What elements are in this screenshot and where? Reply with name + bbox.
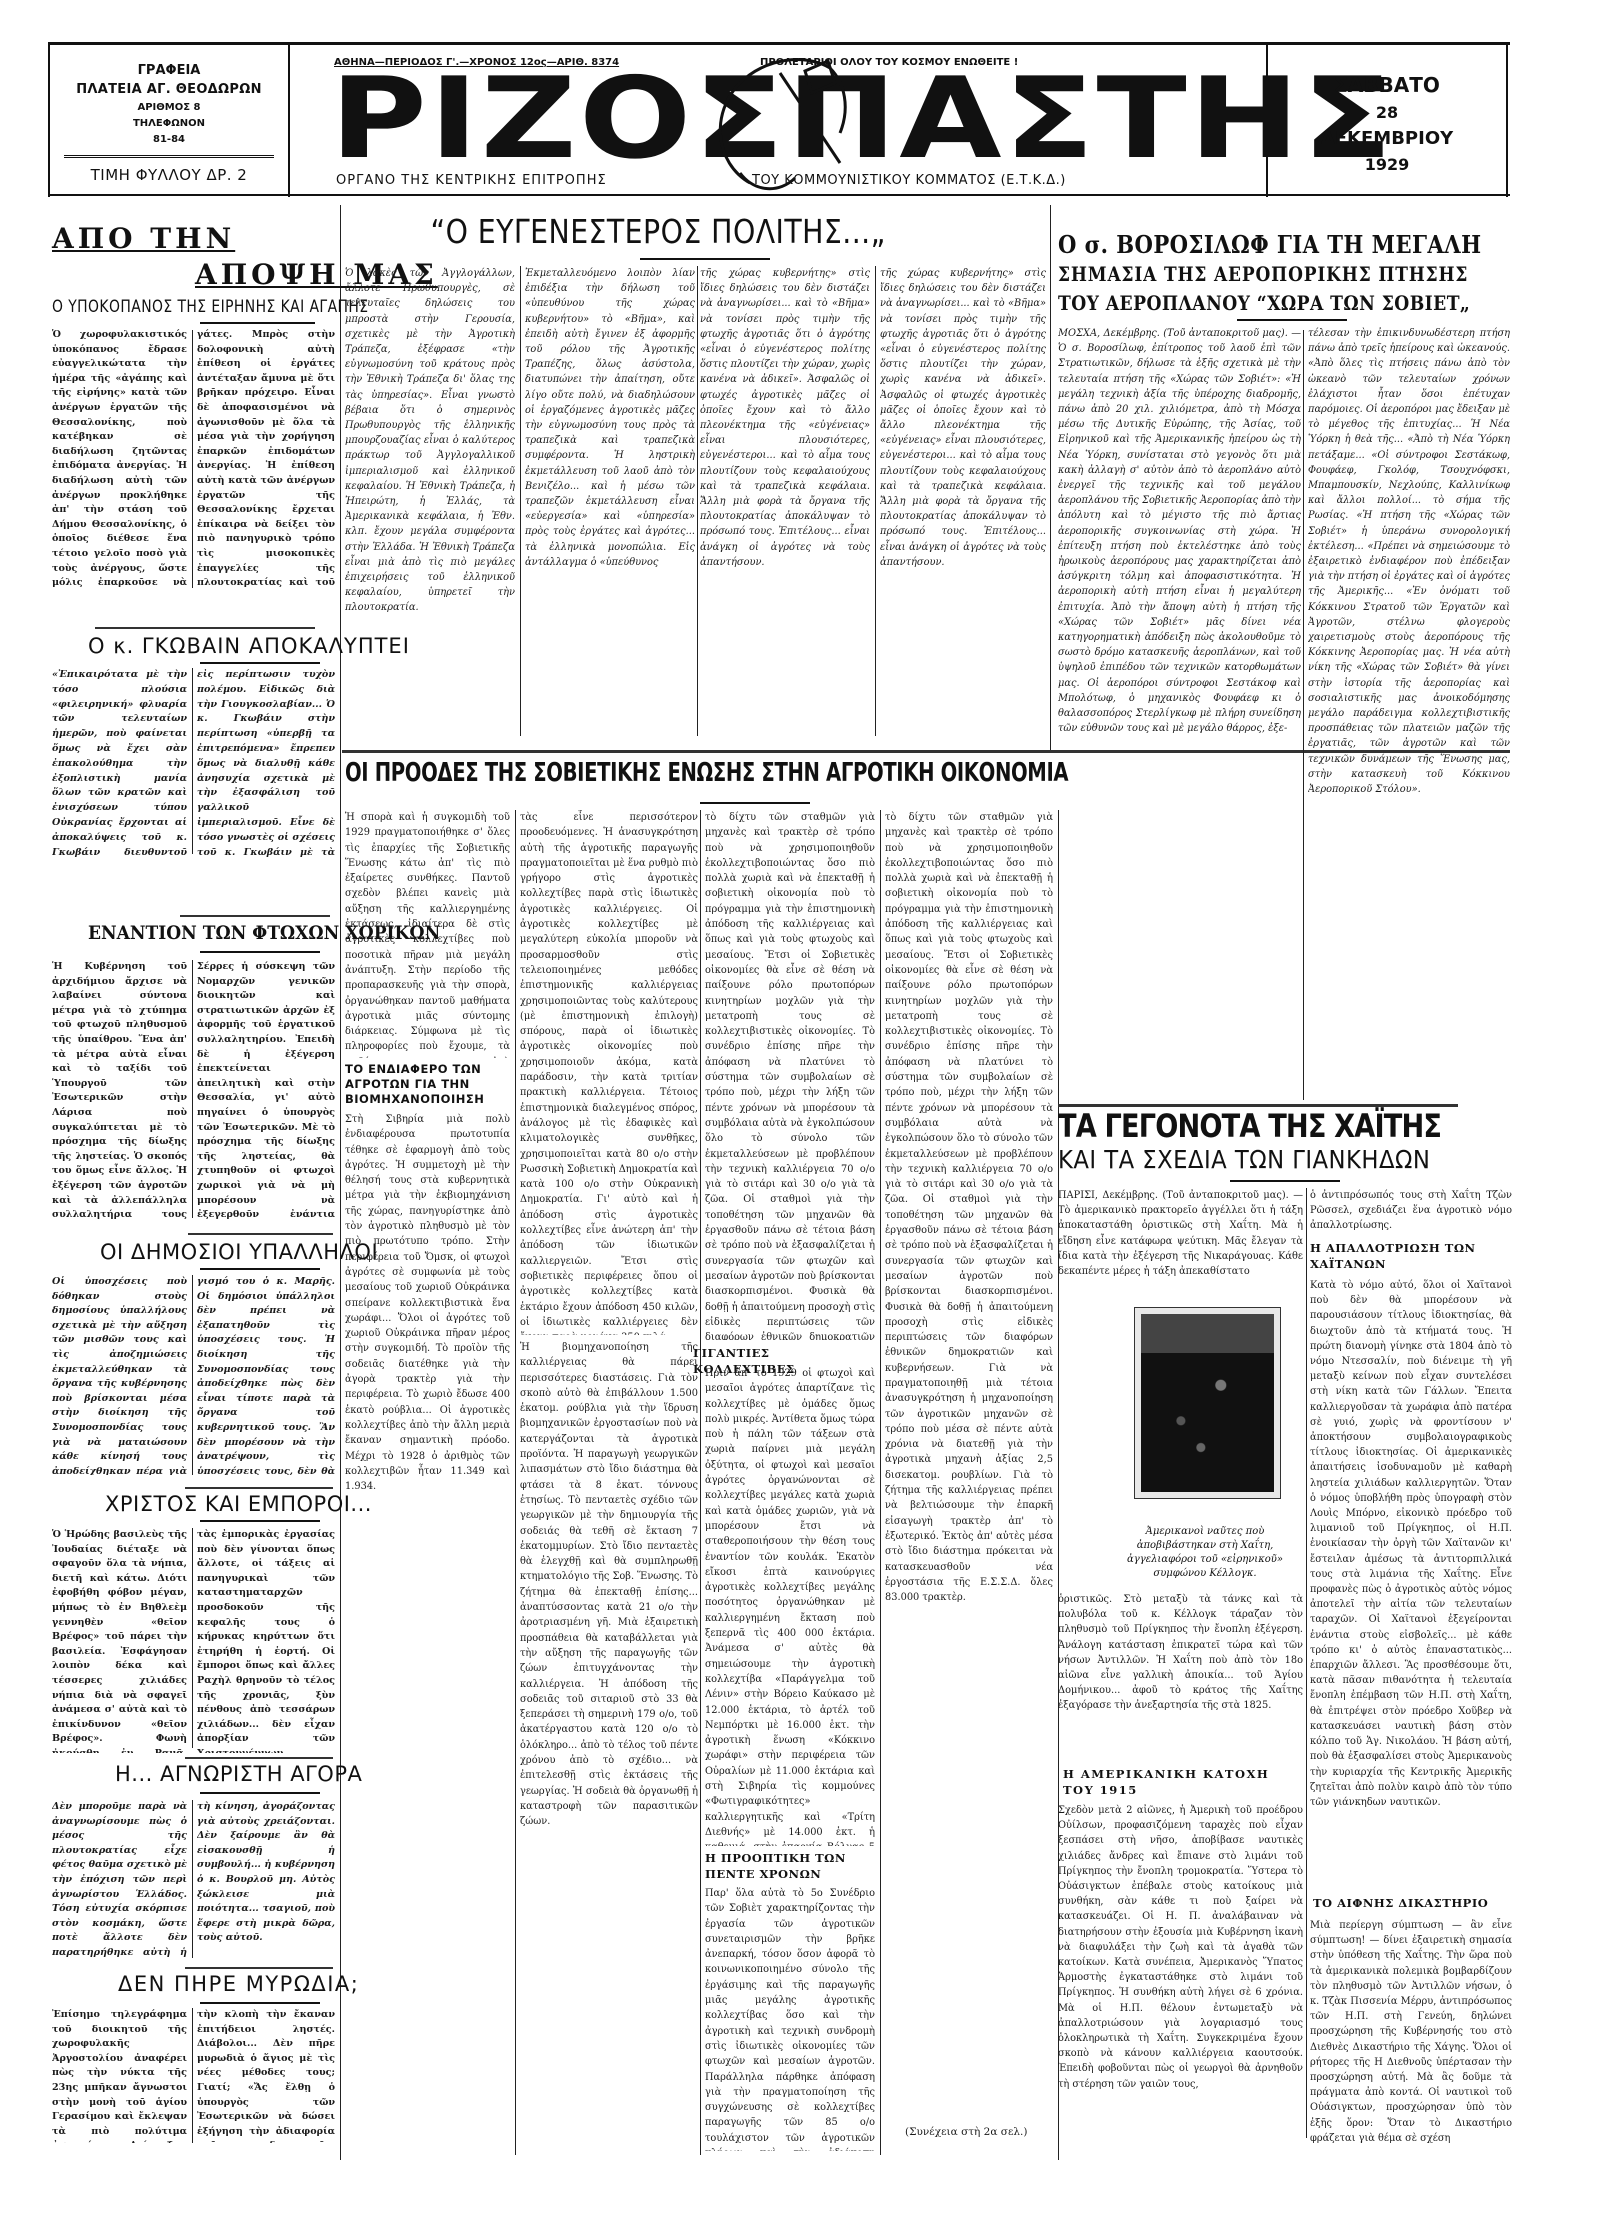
date-day: 28: [1268, 103, 1506, 122]
column-rule: [1050, 205, 1051, 750]
column-rule: [1306, 1188, 1307, 2138]
column-rule: [340, 205, 341, 2160]
photo-content: [1141, 1314, 1274, 1492]
column-rule: [875, 266, 876, 736]
headline-underline: [200, 1520, 320, 1522]
headline-underline: [200, 1792, 320, 1794]
subtitle-left: ΟΡΓΑΝΟ ΤΗΣ ΚΕΝΤΡΙΚΗΣ ΕΠΙΤΡΟΠΗΣ: [336, 173, 607, 188]
article-text: τὴ κίνηση, ἀγοράζοντας γιὰ αὐτοὺς χρειάζ…: [197, 1800, 335, 1960]
continued-note: (Συνέχεια στὴ 2α σελ.): [905, 2124, 1053, 2142]
headline: Η... ΑΓΝΩΡΙΣΤΗ ΑΓΟΡΑ: [115, 1762, 362, 1786]
column-rule: [1303, 330, 1304, 1100]
headline-underline: [1237, 319, 1347, 321]
subheading: Η ΠΡΟΟΠΤΙΚΗ ΤΩΝ ΠΕΝΤΕ ΧΡΟΝΩΝ: [705, 1850, 875, 1882]
article-text: Ὁ χωροφυλακιστικός ὑποκόπανος ἔδρασε εὐα…: [52, 328, 187, 590]
divider: [185, 1757, 333, 1759]
headline-underline: [640, 258, 770, 260]
article-text: Σέρρες ἡ σύσκεψη τῶν Νομαρχῶν γενικῶν δι…: [197, 960, 335, 1220]
article-text: Δὲν μποροῦμε παρὰ νὰ ἀναγνωρίσουμε πὼς ὁ…: [52, 1800, 187, 1960]
article-text: Ἡ βιομηχανοποίηση τῆς καλλιέργειας θὰ πά…: [520, 1340, 698, 2152]
column-rule: [520, 266, 521, 736]
column-rule: [192, 668, 193, 854]
subheading: Η ΑΠΑΛΛΟΤΡΙΩΣΗ ΤΩΝ ΧΑΪΤΑΝΩΝ: [1310, 1240, 1512, 1272]
article-text: Ὁ λακὲς τῶν Ἀγγλογάλλων, ἄλλοτε Πρωθυπου…: [345, 266, 515, 741]
article-text: Οἱ ὑποσχέσεις ποὺ δόθηκαν στοὺς δημοσίου…: [52, 1275, 187, 1475]
offices-box: ΓΡΑΦΕΙΑ ΠΛΑΤΕΙΑ ΑΓ. ΘΕΟΔΩΡΩΝ ΑΡΙΘΜΟΣ 8 Τ…: [48, 45, 290, 197]
article-text: ὁριστικῶς. Στὸ μεταξὺ τὰ τάνκς καὶ τὰ πο…: [1058, 1592, 1303, 1747]
article-text: Ἐκμεταλλευόμενο λοιπὸν λίαν ἐπιδέξια τὴν…: [525, 266, 695, 741]
column-rule: [192, 1275, 193, 1475]
offices-divider: [64, 155, 274, 158]
headline: ΤΑ ΓΕΓΟΝΟΤΑ ΤΗΣ ΧΑΪΤΗΣ: [1058, 1107, 1441, 1145]
article-text: τῆς χώρας κυβερνήτης» στὶς ἴδιες δηλώσει…: [880, 266, 1046, 741]
headline: ΟΙ ΠΡΟΟΔΕΣ ΤΗΣ ΣΟΒΙΕΤΙΚΗΣ ΕΝΩΣΗΣ ΣΤΗΝ ΑΓ…: [345, 758, 1068, 788]
headline-underline: [200, 1268, 320, 1270]
subheading: Η ΑΜΕΡΙΚΑΝΙΚΗ ΚΑΤΟΧΗ ΤΟΥ 1915: [1063, 1766, 1298, 1798]
article-text: Ἡ Κυβέρνηση τοῦ ἀρχιδήμιου ἄρχισε νὰ λαβ…: [52, 960, 187, 1220]
headline-underline: [1230, 1180, 1340, 1182]
subheading: ΤΟ ΑΙΦΝΗΣ ΔΙΚΑΣΤΗΡΙΟ: [1313, 1895, 1513, 1911]
article-text: τῆς χώρας κυβερνήτης» στὶς ἴδιες δηλώσει…: [700, 266, 870, 741]
masthead-bottom-rule: [48, 194, 1510, 196]
headline-underline: [700, 802, 810, 804]
headline-underline: [200, 322, 315, 324]
article-text: Σχεδὸν μετὰ 2 αἰῶνες, ἡ Ἀμερικὴ τοῦ προέ…: [1058, 1803, 1303, 2143]
column-rule: [880, 810, 881, 2155]
offices-address: ΠΛΑΤΕΙΑ ΑΓ. ΘΕΟΔΩΡΩΝ: [50, 82, 288, 97]
headline: ΔΕΝ ΠΗΡΕ ΜΥΡΩΔΙΑ;: [118, 1972, 359, 1996]
hammer-sickle-icon: [710, 53, 860, 193]
article-text: Πρὶν ἀπ' τὸ 1929 οἱ φτωχοὶ καὶ μεσαῖοι ἀ…: [705, 1366, 875, 1846]
article-text: Μιὰ περίεργη σύμπτωση — ἂν εἶνε σύμπτωση…: [1310, 1918, 1512, 2143]
offices-number: ΑΡΙΘΜΟΣ 8: [50, 102, 288, 113]
divider: [185, 1487, 333, 1489]
article-text: γισμό του ὁ κ. Μαρῆς. Οἱ δημόσιοι ὑπάλλη…: [197, 1275, 335, 1475]
headline-underline: [200, 951, 320, 953]
article-text: Κατὰ τὸ νόμο αὐτό, ὅλοι οἱ Χαϊτανοὶ ποὺ …: [1310, 1278, 1512, 1893]
article-text: Στὴ Σιβηρία μιὰ πολὺ ἐνδιαφέρουσα πρωτοτ…: [345, 1112, 510, 2152]
column-rule: [192, 2008, 193, 2143]
article-text: ΠΑΡΙΣΙ, Δεκέμβρης. (Τοῦ ἀνταποκριτοῦ μας…: [1058, 1188, 1303, 1296]
date-month: ΔΕΚΕΜΒΡΙΟΥ: [1268, 128, 1506, 149]
article-text: τὰς εἶνε περισσότερον προοδευόμενες. Ἡ ἀ…: [520, 810, 698, 1335]
divider: [180, 915, 330, 917]
column-rule: [192, 1800, 193, 1958]
column-rule: [515, 810, 516, 2155]
headline: ΧΡΙΣΤΟΣ ΚΑΙ ΕΜΠΟΡΟΙ...: [105, 1492, 372, 1516]
news-photo: [1135, 1308, 1280, 1498]
column-rule: [192, 1528, 193, 1748]
subheading: ΤΟ ΕΝΔΙΑΦΕΡΟ ΤΩΝ ΑΓΡΟΤΩΝ ΓΙΑ ΤΗΝ ΒΙΟΜΗΧΑ…: [345, 1062, 510, 1107]
article-text: Παρ' ὅλα αὐτὰ τὸ 5ο Συνέδριο τῶν Σοβιὲτ …: [705, 1886, 875, 2151]
article-text: τὰς ἐμπορικὰς ἐργασίας ποὺ δὲν γίνονται …: [197, 1528, 335, 1753]
masthead: ΓΡΑΦΕΙΑ ΠΛΑΤΕΙΑ ΑΓ. ΘΕΟΔΩΡΩΝ ΑΡΙΘΜΟΣ 8 Τ…: [48, 42, 1510, 196]
section-head-opinion: ΑΠΟ ΤΗΝ: [52, 222, 235, 255]
headline: ΟΙ ΔΗΜΟΣΙΟΙ ΥΠΑΛΛΗΛΟΙ: [100, 1240, 378, 1264]
column-rule: [192, 330, 193, 588]
headline-underline: [200, 2002, 320, 2004]
headline: ΚΑΙ ΤΑ ΣΧΕΔΙΑ ΤΩΝ ΓΙΑΝΚΗΔΩΝ: [1058, 1145, 1430, 1174]
headline: “Ο ΕΥΓΕΝΕΣΤΕΡΟΣ ΠΟΛΙΤΗΣ...„: [370, 212, 946, 251]
article-text: ΜΟΣΧΑ, Δεκέμβρης. (Τοῦ ἀνταποκριτοῦ μας)…: [1058, 326, 1301, 1101]
divider: [188, 1233, 333, 1235]
column-rule: [700, 810, 701, 2155]
column-rule: [192, 960, 193, 1218]
phone-label: ΤΗΛΕΦΩΝΟΝ: [50, 118, 288, 129]
article-text: εἰς περίπτωσιν τυχὸν πολέμου. Εἰδικῶς δι…: [197, 668, 335, 858]
date-weekday: ΣΑΒΒΑΤΟ: [1268, 73, 1506, 97]
masthead-center: ΑΘΗΝΑ—ΠΕΡΙΟΔΟΣ Γ'.—ΧΡΟΝΟΣ 12ος—ΑΡΙΘ. 837…: [290, 45, 1266, 197]
subtitle-right: ΤΟΥ ΚΟΜΜΟΥΝΙΣΤΙΚΟΥ ΚΟΜΜΑΤΟΣ (Ε.Τ.Κ.Δ.): [752, 173, 1066, 188]
headline: ΣΗΜΑΣΙΑ ΤΗΣ ΑΕΡΟΠΟΡΙΚΗΣ ΠΤΗΣΗΣ: [1058, 262, 1468, 286]
headline: Ο σ. ΒΟΡΟΣΙΛΩΦ ΓΙΑ ΤΗ ΜΕΓΑΛΗ: [1058, 230, 1481, 259]
date-year: 1929: [1268, 155, 1506, 174]
article-text: «Ἐπικαιρότατα μὲ τὴν τόσο πλούσια «φιλει…: [52, 668, 187, 858]
article-text: τὴν κλοπὴ τὴν ἔκαναν ἐπιτήδειοι ληστές. …: [197, 2008, 335, 2143]
article-text: Ὁ Ἡρώδης βασιλεὺς τῆς Ἰουδαίας διέταξε ν…: [52, 1528, 187, 1753]
article-text: ὁ ἀντιπρόσωπός τους στὴ Χαΐτη Τζὼν Ρῶσσε…: [1310, 1188, 1512, 1233]
article-text: τέλεσαν τὴν ἐπικινδυνωδέστερη πτήση πάνω…: [1308, 326, 1510, 1101]
date-box: ΣΑΒΒΑΤΟ 28 ΔΕΚΕΜΒΡΙΟΥ 1929: [1266, 45, 1508, 197]
headline: ΤΟΥ ΑΕΡΟΠΛΑΝΟΥ “ΧΩΡΑ ΤΩΝ ΣΟΒΙΕΤ„: [1058, 291, 1470, 315]
article-text: γάτες. Μπρὸς στὴν δολοφονικὴ αὐτὴ ἐπίθεσ…: [197, 328, 335, 590]
photo-caption: Ἀμερικανοὶ ναῦτες ποὺ ἀποβιβάστηκαν στὴ …: [1110, 1525, 1300, 1581]
article-text: τὸ δίχτυ τῶν σταθμῶν γιὰ μηχανὲς καὶ τρα…: [705, 810, 875, 1340]
article-text: τὸ δίχτυ τῶν σταθμῶν γιὰ μηχανὲς καὶ τρα…: [885, 810, 1053, 2120]
divider: [95, 627, 315, 629]
issue-price: ΤΙΜΗ ΦΥΛΛΟΥ ΔΡ. 2: [50, 166, 288, 184]
phone-number: 81-84: [50, 134, 288, 145]
article-text: Ἐπίσημο τηλεγράφημα τοῦ διοικητοῦ τῆς χω…: [52, 2008, 187, 2143]
article-text: Ἡ σπορὰ καὶ ἡ συγκομιδὴ τοῦ 1929 πραγματ…: [345, 810, 510, 1058]
column-rule: [697, 266, 698, 736]
offices-label: ΓΡΑΦΕΙΑ: [50, 63, 288, 78]
divider: [185, 1967, 333, 1969]
headline-underline: [200, 662, 320, 664]
headline: Ο ΥΠΟΚΟΠΑΝΟΣ ΤΗΣ ΕΙΡΗΝΗΣ ΚΑΙ ΑΓΑΠΗΣ: [52, 297, 331, 317]
